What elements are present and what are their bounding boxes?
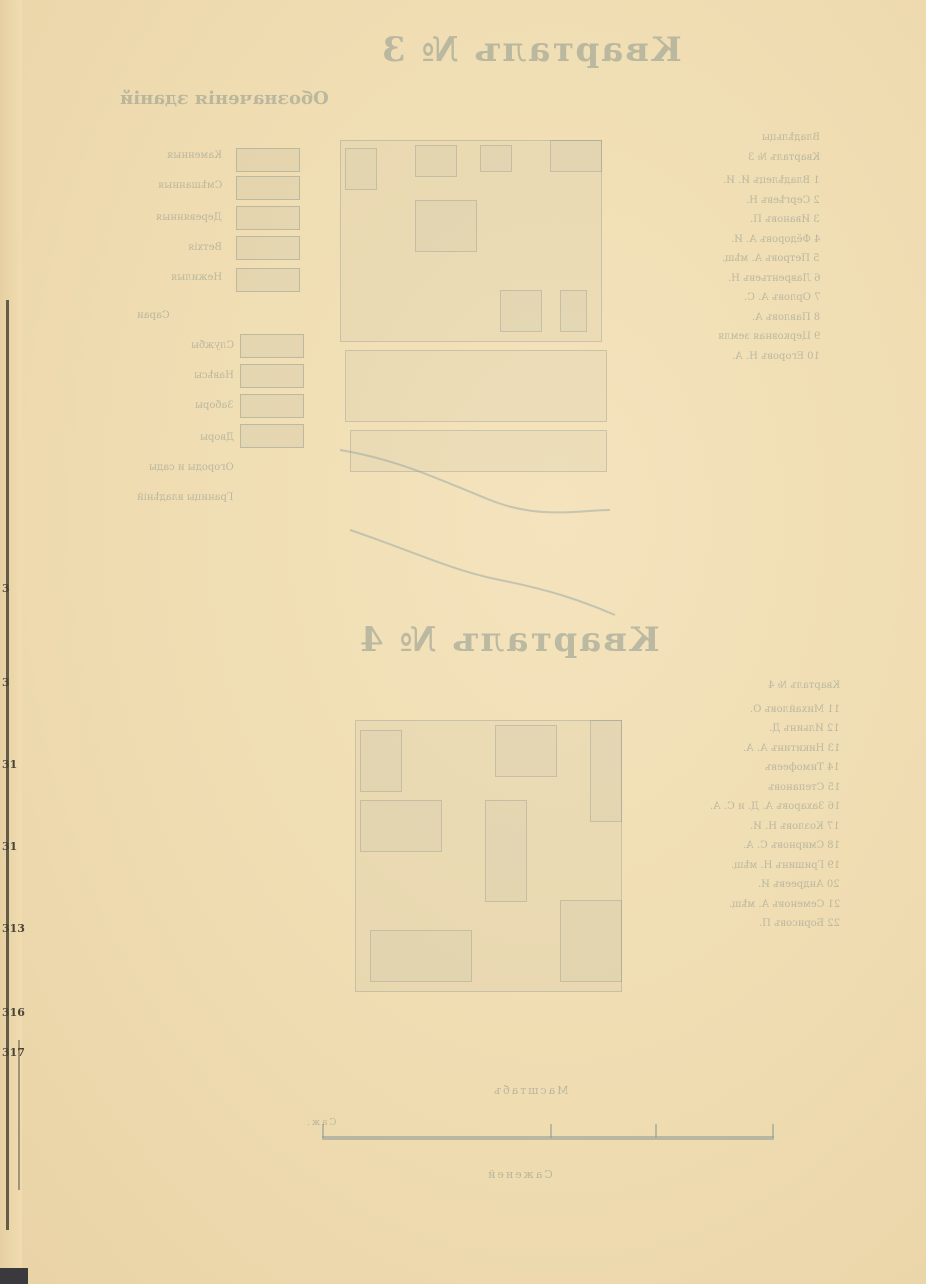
building — [360, 800, 442, 852]
margin-number: 31 — [2, 840, 17, 853]
owner-entry: 17 Козловъ Н. И. — [690, 817, 840, 837]
legend-swatch — [236, 268, 300, 292]
legend-label: Заборы — [124, 400, 234, 411]
owner-entry: 20 Андреевъ И. — [690, 875, 840, 895]
legend-label: Огороды и сады — [124, 462, 234, 473]
scale-heading: Масштабъ — [492, 1084, 568, 1097]
legend-swatch — [236, 236, 300, 260]
legend-swatch — [240, 334, 304, 358]
building — [345, 148, 377, 190]
owner-entry: 6 Лаврентьевъ Н. — [690, 269, 820, 289]
building — [485, 800, 527, 902]
bottom-owners-list: Кварталъ № 4 11 Михайловъ О. 12 Ильинъ Д… — [690, 676, 840, 934]
legend-label: Нежилыя — [112, 272, 222, 283]
bottom-map-title: Кварталъ № 4 — [358, 620, 660, 660]
owner-entry: 21 Семеновъ А. мѣщ. — [690, 895, 840, 915]
building — [550, 140, 602, 172]
legend-swatch — [236, 148, 300, 172]
building — [370, 930, 472, 982]
legend-label: Границы владѣній — [124, 492, 234, 503]
building — [560, 900, 622, 982]
owner-entry: 1 Владѣлецъ И. И. — [690, 171, 820, 191]
scale-left-label: Саж. — [305, 1118, 336, 1128]
building — [415, 200, 477, 252]
binding-shadow-line-lower — [18, 1040, 20, 1190]
river-lines — [330, 440, 620, 620]
owners-subheading: Кварталъ № 4 — [690, 676, 840, 696]
owner-entry: 7 Орловъ А. С. — [690, 288, 820, 308]
owner-entry: 12 Ильинъ Д. — [690, 719, 840, 739]
owners-heading: Владѣльцы — [690, 128, 820, 148]
building — [480, 145, 512, 172]
scan-corner-shadow — [0, 1268, 28, 1284]
legend-label: Деревянныя — [112, 212, 222, 223]
building — [415, 145, 457, 177]
building — [590, 720, 622, 822]
legend-label: Ветхія — [112, 242, 222, 253]
legend-swatch — [236, 176, 300, 200]
owner-entry: 2 Сергѣевъ Н. — [690, 191, 820, 211]
owner-entry: 19 Гришинъ Н. мѣщ. — [690, 856, 840, 876]
scale-tick — [772, 1124, 774, 1138]
legend-label: Сараи — [60, 310, 170, 321]
owner-entry: 13 Никитинъ А. А. — [690, 739, 840, 759]
scale-bar — [322, 1136, 774, 1140]
building — [560, 290, 587, 332]
top-map-title: Кварталъ № 3 — [380, 30, 682, 70]
margin-number: 313 — [2, 922, 25, 935]
owner-entry: 8 Павловъ А. — [690, 308, 820, 328]
building — [500, 290, 542, 332]
scale-tick — [655, 1124, 657, 1138]
margin-number: 3 — [2, 582, 10, 595]
legend-label: Дворы — [124, 432, 234, 443]
owner-entry: 14 Тимофеевъ — [690, 758, 840, 778]
scale-tick — [550, 1124, 552, 1138]
owner-entry: 3 Ивановъ П. — [690, 210, 820, 230]
owner-entry: 16 Захаровъ А. Д. и С. А. — [690, 797, 840, 817]
owner-entry: 22 Борисовъ П. — [690, 914, 840, 934]
city-block — [345, 350, 607, 422]
building — [495, 725, 557, 777]
margin-number: 317 — [2, 1046, 25, 1059]
owner-entry: 9 Церковная земля — [690, 327, 820, 347]
legend-swatch — [240, 394, 304, 418]
legend-swatch — [236, 206, 300, 230]
legend-swatch — [240, 364, 304, 388]
owners-subheading: Кварталъ № 3 — [690, 148, 820, 168]
owner-entry: 10 Егоровъ Н. А. — [690, 347, 820, 367]
legend-swatch — [240, 424, 304, 448]
legend-label: Смѣшанныя — [112, 180, 222, 191]
owner-entry: 4 Фёдоровъ А. И. — [690, 230, 820, 250]
legend-label: Службы — [124, 340, 234, 351]
scale-tick — [322, 1124, 324, 1138]
owner-entry: 18 Смирновъ С. А. — [690, 836, 840, 856]
legend-label: Каменныя — [112, 150, 222, 161]
owner-entry: 5 Петровъ А. мѣщ. — [690, 249, 820, 269]
top-owners-list: Владѣльцы Кварталъ № 3 1 Владѣлецъ И. И.… — [690, 128, 820, 366]
legend-label: Навѣсы — [124, 370, 234, 381]
legend-heading: Обозначенія зданій — [120, 88, 329, 109]
margin-number: 31 — [2, 758, 17, 771]
margin-number: 3 — [2, 676, 10, 689]
scale-footer: Саженей — [486, 1168, 553, 1181]
owner-entry: 11 Михайловъ О. — [690, 700, 840, 720]
margin-number: 316 — [2, 1006, 25, 1019]
building — [360, 730, 402, 792]
owner-entry: 15 Степановъ — [690, 778, 840, 798]
